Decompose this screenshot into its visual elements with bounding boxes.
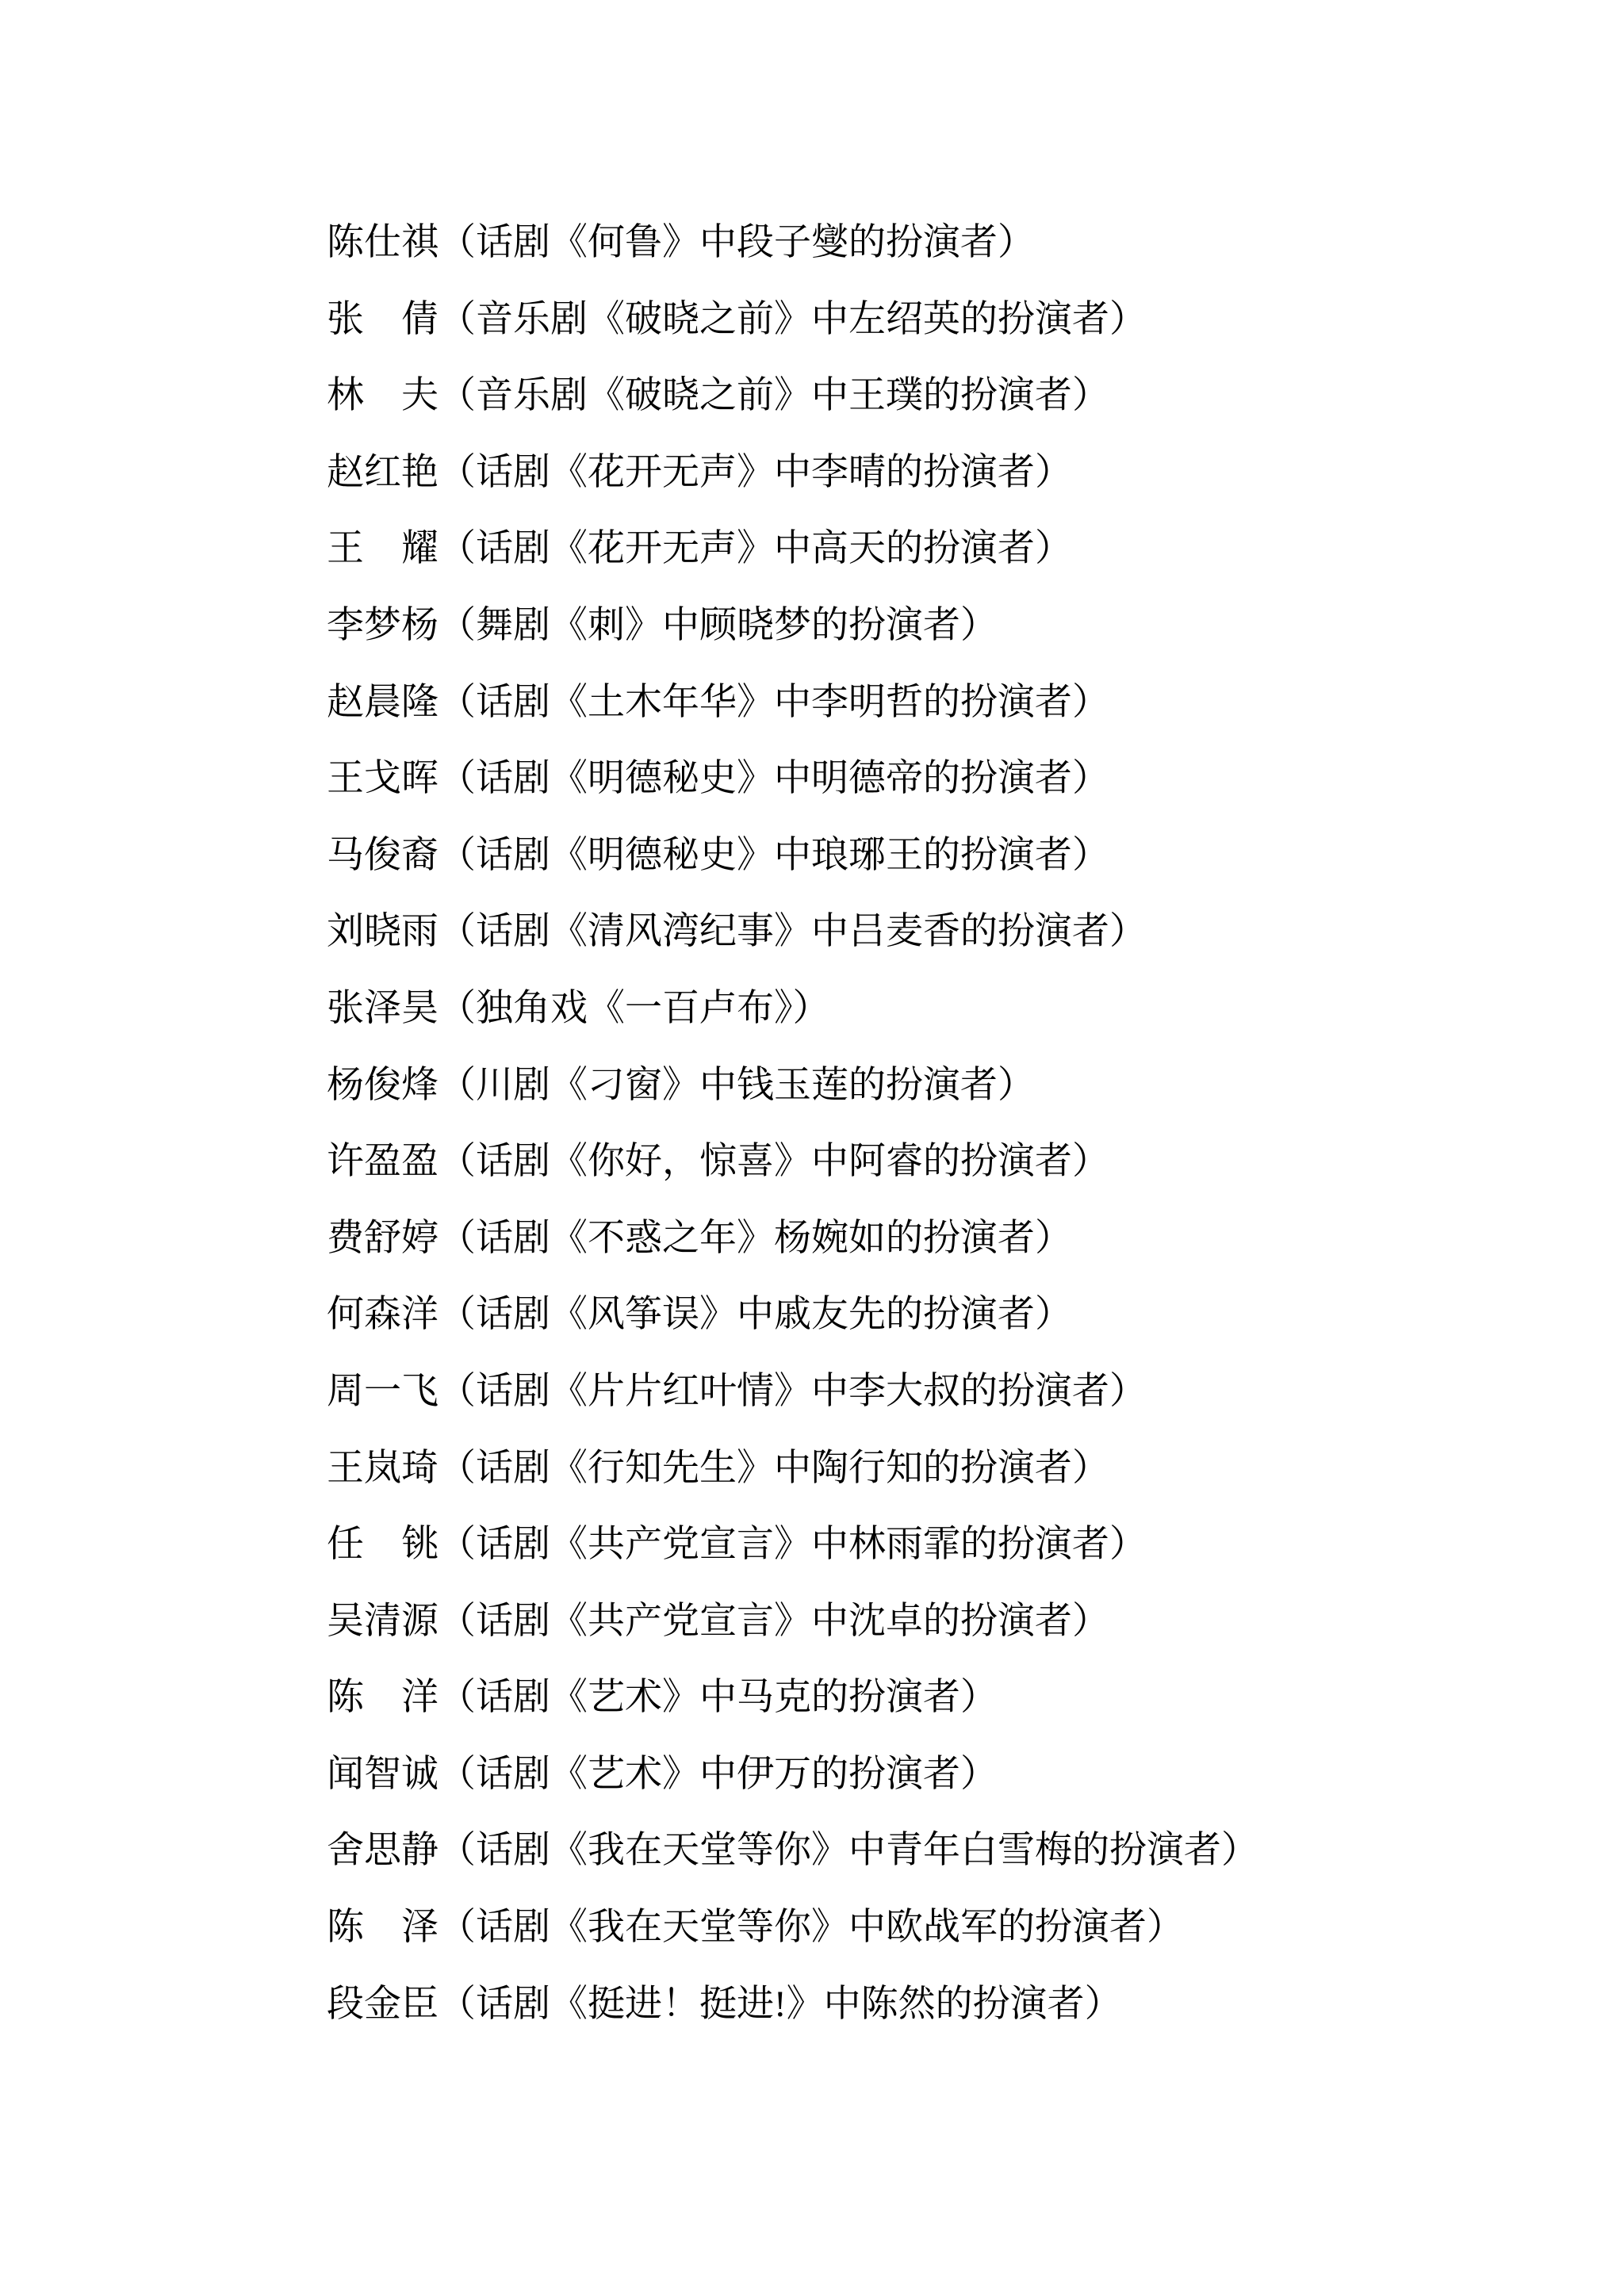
list-item: 何森洋（话剧《风筝误》中戚友先的扮演者）: [327, 1276, 1529, 1353]
list-item: 杨俊烽（川剧《刁窗》中钱玉莲的扮演者）: [327, 1047, 1529, 1124]
list-item: 陈 洋（话剧《艺术》中马克的扮演者）: [327, 1659, 1529, 1736]
list-item: 林 夫（音乐剧《破晓之前》中王璞的扮演者）: [327, 358, 1529, 434]
list-item: 陈 泽（话剧《我在天堂等你》中欧战军的扮演者）: [327, 1889, 1529, 1966]
list-item: 闻智诚（话剧《艺术》中伊万的扮演者）: [327, 1736, 1529, 1813]
list-item: 赵晨隆（话剧《土木年华》中李明哲的扮演者）: [327, 664, 1529, 741]
list-item: 段金臣（话剧《挺进！挺进!》中陈然的扮演者）: [327, 1966, 1529, 2043]
list-item: 陈仕祺（话剧《何鲁》中段子燮的扮演者）: [327, 205, 1529, 281]
name-list: 陈仕祺（话剧《何鲁》中段子燮的扮演者） 张 倩（音乐剧《破晓之前》中左绍英的扮演…: [327, 205, 1529, 2042]
list-item: 王岚琦（话剧《行知先生》中陶行知的扮演者）: [327, 1430, 1529, 1507]
list-item: 刘晓雨（话剧《清风湾纪事》中吕麦香的扮演者）: [327, 894, 1529, 970]
list-item: 张 倩（音乐剧《破晓之前》中左绍英的扮演者）: [327, 281, 1529, 358]
document-page: 陈仕祺（话剧《何鲁》中段子燮的扮演者） 张 倩（音乐剧《破晓之前》中左绍英的扮演…: [0, 0, 1624, 2296]
list-item: 许盈盈（话剧《你好，惊喜》中阿睿的扮演者）: [327, 1123, 1529, 1200]
list-item: 费舒婷（话剧《不惑之年》杨婉如的扮演者）: [327, 1200, 1529, 1277]
list-item: 赵红艳（话剧《花开无声》中李晴的扮演者）: [327, 434, 1529, 511]
list-item: 王 耀（话剧《花开无声》中高天的扮演者）: [327, 511, 1529, 587]
list-item: 周一飞（话剧《片片红叶情》中李大叔的扮演者）: [327, 1353, 1529, 1430]
list-item: 吴清源（话剧《共产党宣言》中沈卓的扮演者）: [327, 1583, 1529, 1660]
list-item: 张泽昊（独角戏《一百卢布》）: [327, 970, 1529, 1047]
list-item: 李梦杨（舞剧《刺》中顾晓梦的扮演者）: [327, 587, 1529, 664]
list-item: 舍思静（话剧《我在天堂等你》中青年白雪梅的扮演者）: [327, 1812, 1529, 1889]
list-item: 任 铫（话剧《共产党宣言》中林雨霏的扮演者）: [327, 1506, 1529, 1583]
list-item: 马俊裔（话剧《明德秘史》中琅琊王的扮演者）: [327, 817, 1529, 894]
list-item: 王戈晖（话剧《明德秘史》中明德帝的扮演者）: [327, 740, 1529, 817]
